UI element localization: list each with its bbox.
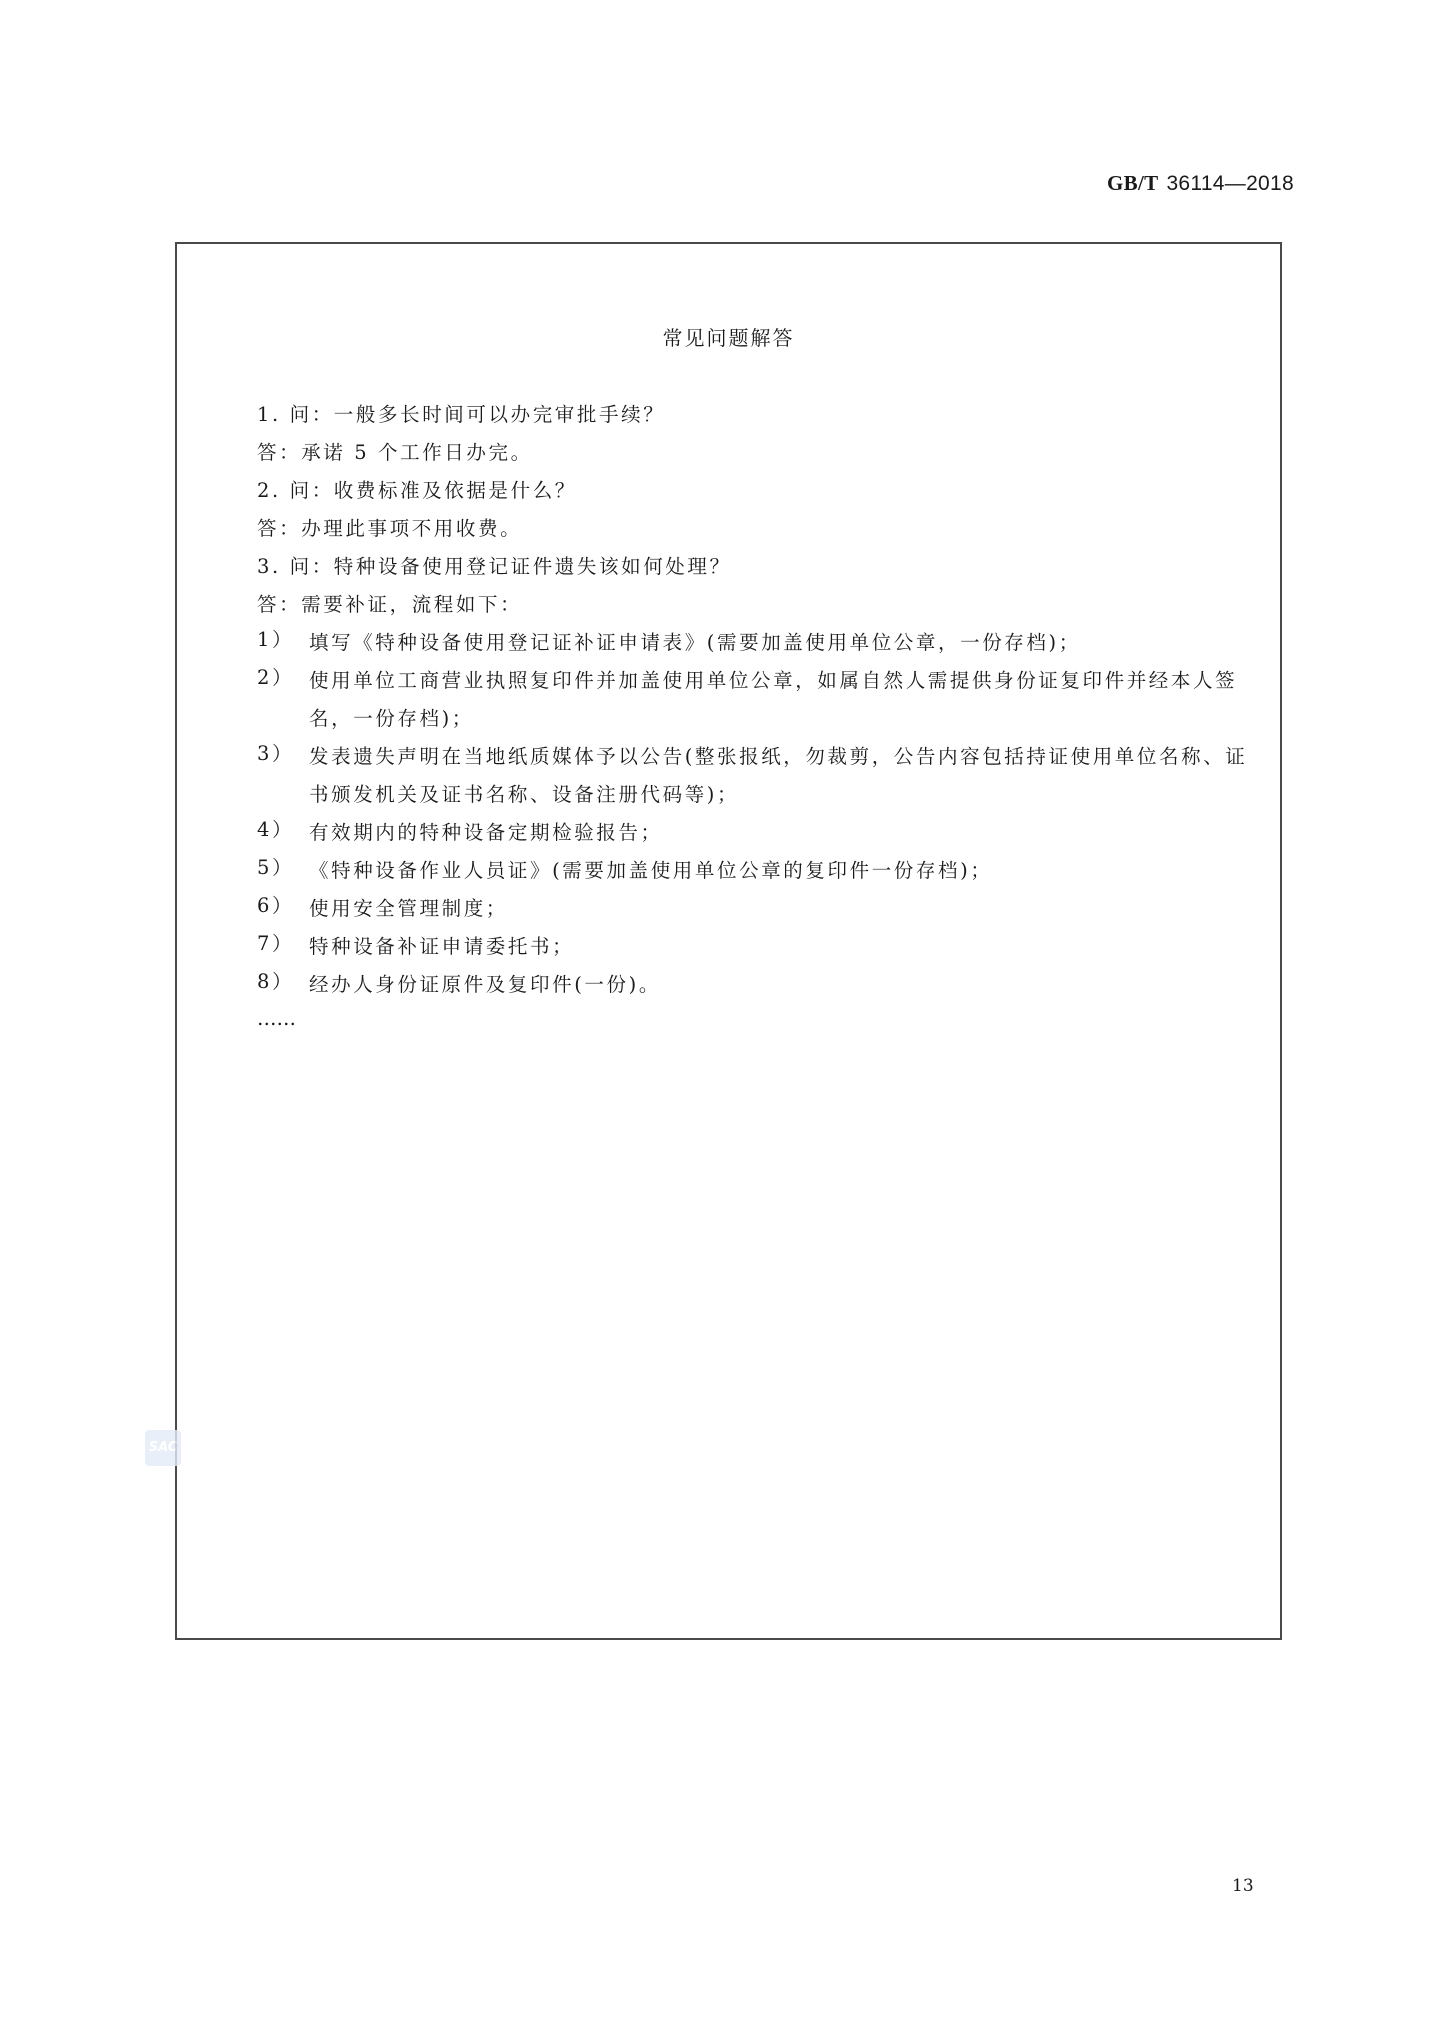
faq-answer-1: 答：承诺 5 个工作日办完。	[257, 434, 1267, 472]
list-item-number: 3）	[257, 738, 309, 814]
list-item: 2） 使用单位工商营业执照复印件并加盖使用单位公章，如属自然人需提供身份证复印件…	[257, 662, 1267, 738]
faq-question-2: 2. 问：收费标准及依据是什么？	[257, 472, 1267, 510]
list-item: 5） 《特种设备作业人员证》(需要加盖使用单位公章的复印件一份存档)；	[257, 852, 1267, 890]
list-item-text: 使用安全管理制度；	[309, 890, 1264, 928]
list-item: 4） 有效期内的特种设备定期检验报告；	[257, 814, 1267, 852]
faq-content: 1. 问：一般多长时间可以办完审批手续？ 答：承诺 5 个工作日办完。 2. 问…	[257, 396, 1267, 1042]
standard-number: 36114—2018	[1166, 172, 1294, 195]
standard-prefix: GB/T	[1107, 171, 1158, 195]
faq-frame: 常见问题解答 1. 问：一般多长时间可以办完审批手续？ 答：承诺 5 个工作日办…	[175, 242, 1282, 1640]
list-item: 6） 使用安全管理制度；	[257, 890, 1267, 928]
list-item-number: 8）	[257, 966, 309, 1004]
continuation-ellipsis: ……	[257, 1004, 1267, 1042]
list-item-text: 经办人身份证原件及复印件(一份)。	[309, 966, 1264, 1004]
list-item-text: 有效期内的特种设备定期检验报告；	[309, 814, 1264, 852]
list-item-number: 1）	[257, 624, 309, 662]
faq-answer-2: 答：办理此事项不用收费。	[257, 510, 1267, 548]
list-item-number: 7）	[257, 928, 309, 966]
faq-question-3: 3. 问：特种设备使用登记证件遗失该如何处理？	[257, 548, 1267, 586]
standard-code: GB/T36114—2018	[1107, 171, 1294, 196]
list-item-number: 5）	[257, 852, 309, 890]
list-item-text: 《特种设备作业人员证》(需要加盖使用单位公章的复印件一份存档)；	[309, 852, 1264, 890]
page-number: 13	[1232, 1876, 1254, 1896]
list-item-text: 特种设备补证申请委托书；	[309, 928, 1264, 966]
list-item: 1） 填写《特种设备使用登记证补证申请表》(需要加盖使用单位公章，一份存档)；	[257, 624, 1267, 662]
list-item-number: 6）	[257, 890, 309, 928]
list-item: 8） 经办人身份证原件及复印件(一份)。	[257, 966, 1267, 1004]
list-item-text: 填写《特种设备使用登记证补证申请表》(需要加盖使用单位公章，一份存档)；	[309, 624, 1264, 662]
list-item-text: 使用单位工商营业执照复印件并加盖使用单位公章，如属自然人需提供身份证复印件并经本…	[309, 662, 1264, 738]
faq-answer-3: 答：需要补证，流程如下：	[257, 586, 1267, 624]
list-item-number: 2）	[257, 662, 309, 738]
list-item: 7） 特种设备补证申请委托书；	[257, 928, 1267, 966]
sac-watermark-logo: SAC	[145, 1430, 181, 1466]
section-title: 常见问题解答	[177, 322, 1280, 351]
list-item-number: 4）	[257, 814, 309, 852]
faq-question-1: 1. 问：一般多长时间可以办完审批手续？	[257, 396, 1267, 434]
list-item-text: 发表遗失声明在当地纸质媒体予以公告(整张报纸，勿裁剪，公告内容包括持证使用单位名…	[309, 738, 1264, 814]
list-item: 3） 发表遗失声明在当地纸质媒体予以公告(整张报纸，勿裁剪，公告内容包括持证使用…	[257, 738, 1267, 814]
